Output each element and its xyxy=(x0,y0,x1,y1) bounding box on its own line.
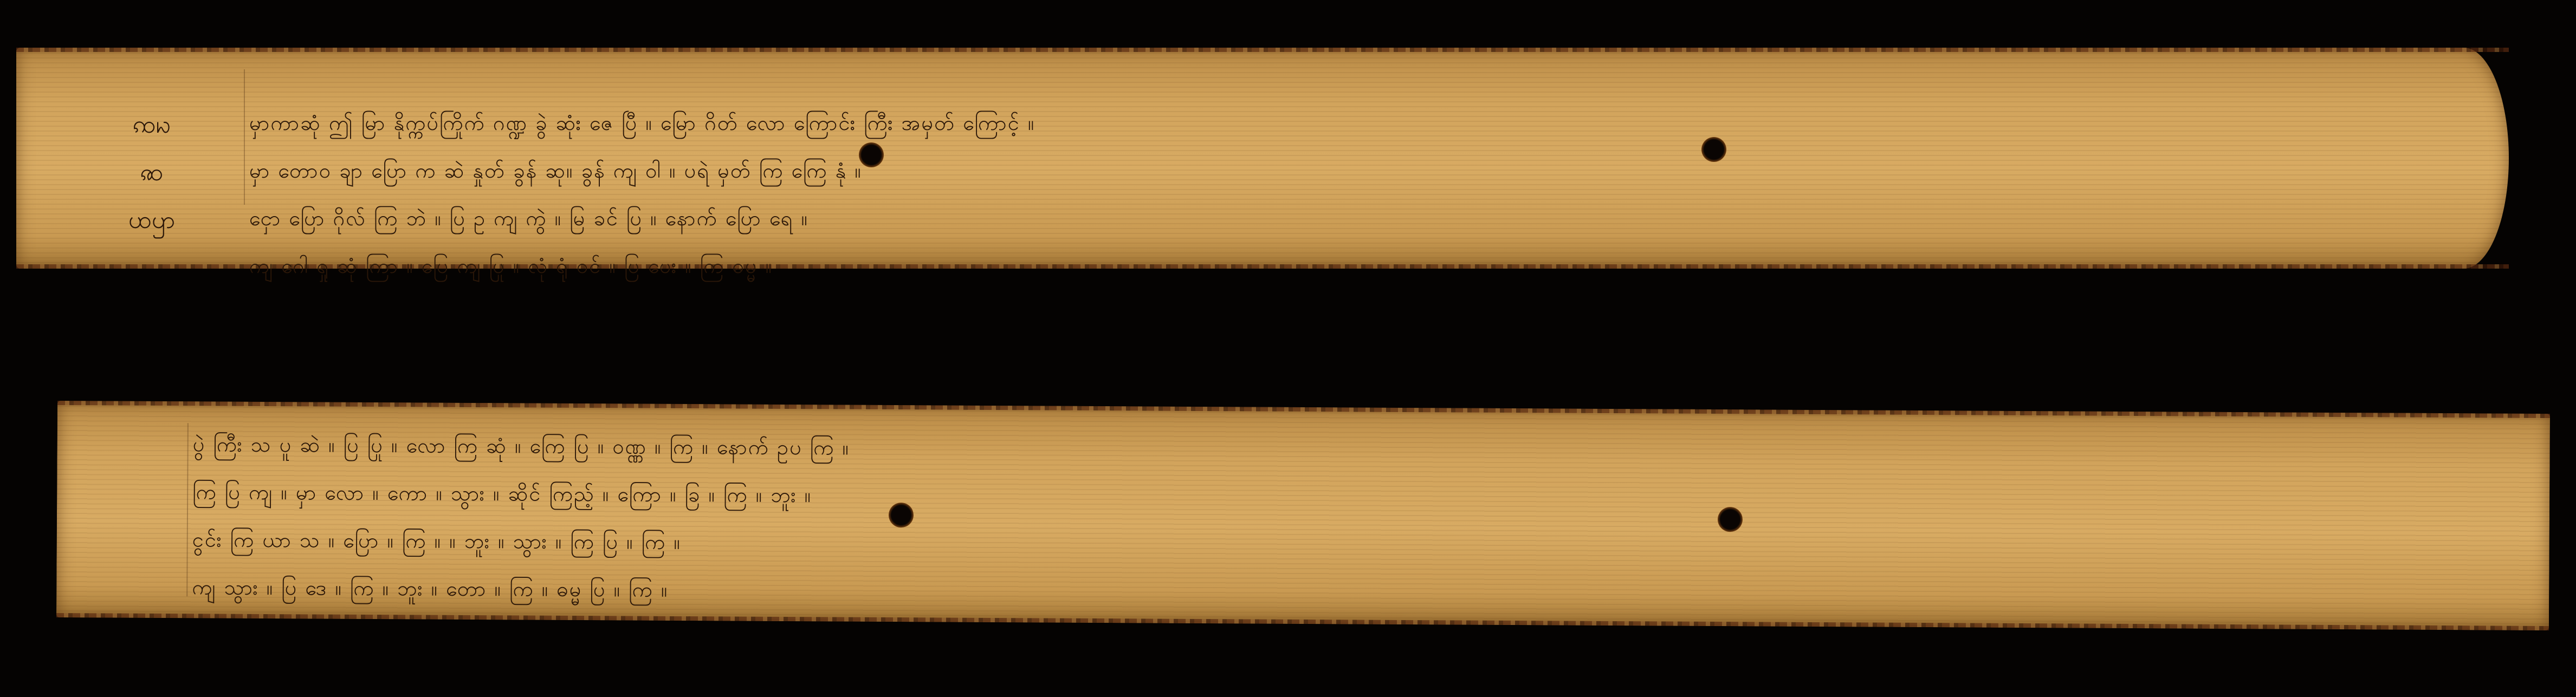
palm-leaf-1: ꩡꩢ ꩣ ꩤꩥ မှာကာဆုံ ဤ မြာ နိုက္ကပ်ကြိုက် ဂဏ… xyxy=(16,48,2509,269)
manuscript-text: ပွဲ ကြီး သ ပူ ဆဲ ။ ပြ ပြု ။ လော ကြ ဆုံ ။… xyxy=(192,420,2387,622)
text-line: မှာကာဆုံ ဤ မြာ နိုက္ကပ်ကြိုက် ဂဏ္ဍ ခွဲ ဆ… xyxy=(249,99,2297,147)
folio-number: ꩡꩢ ꩣ ꩤꩥ xyxy=(98,102,206,245)
text-line: မှာ တော၀ ချာ ပြော က ဆဲ နှုတ် ခွန် ဆု။ ခွ… xyxy=(249,147,2297,194)
folio-mark: ꩡꩢ xyxy=(98,102,206,149)
margin-rule xyxy=(186,423,189,596)
folio-mark: ꩣ xyxy=(98,149,206,197)
leaf-top-edge xyxy=(16,48,2509,52)
margin-rule xyxy=(244,69,245,205)
binding-hole xyxy=(889,503,914,527)
binding-hole xyxy=(1718,507,1743,532)
text-line: ကျ ဂေါ ရှု ဆုံ ကြာ ။ ပြေ ကျ ပြု ။ လုံ ရု… xyxy=(249,242,2297,290)
text-line: ငှော ပြော ဂိုလ် ကြ ဘဲ ။ ပြ ဥ ကျ ကွဲ ။ မြ… xyxy=(249,194,2297,242)
binding-hole xyxy=(1701,137,1726,162)
leaf-top-edge xyxy=(57,401,2550,418)
folio-mark: ꩤꩥ xyxy=(98,197,206,245)
binding-hole xyxy=(859,142,884,167)
manuscript-text: မှာကာဆုံ ဤ မြာ နိုက္ကပ်ကြိုက် ဂဏ္ဍ ခွဲ ဆ… xyxy=(249,99,2297,290)
palm-leaf-2: ပွဲ ကြီး သ ပူ ဆဲ ။ ပြ ပြု ။ လော ကြ ဆုံ ။… xyxy=(56,401,2550,630)
